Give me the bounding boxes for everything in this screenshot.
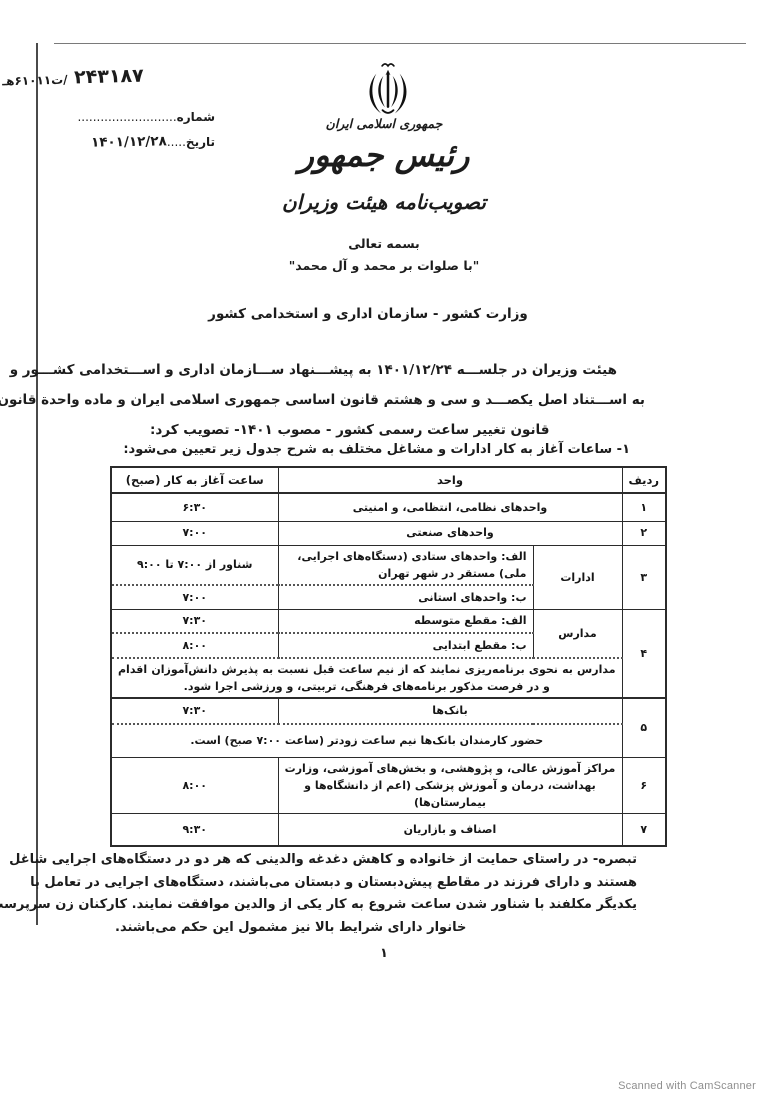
col-header-unit: واحد <box>278 467 622 493</box>
table-row: ۵ بانک‌ها ۷:۳۰ <box>111 698 666 724</box>
table-row: ۱ واحدهای نظامی، انتظامی، و امنیتی ۶:۳۰ <box>111 493 666 521</box>
time-cell: ۷:۰۰ <box>111 585 278 610</box>
banks-note-cell: حضور کارمندان بانک‌ها نیم ساعت زودتر (سا… <box>111 724 622 758</box>
time-cell: ۸:۰۰ <box>111 633 278 658</box>
table-note-row: حضور کارمندان بانک‌ها نیم ساعت زودتر (سا… <box>111 724 666 758</box>
col-header-start-time: ساعت آغاز به کار (صبح) <box>111 467 278 493</box>
time-cell: ۷:۳۰ <box>111 698 278 724</box>
row-number: ۵ <box>622 698 666 758</box>
time-cell: ۸:۰۰ <box>111 758 278 814</box>
row-number: ۶ <box>622 758 666 814</box>
schools-note-cell: مدارس به نحوی برنامه‌ریزی نمایند که از ن… <box>111 658 622 698</box>
row-number: ۴ <box>622 610 666 698</box>
intro-line-1: هیئت وزیران در جلســـه ۱۴۰۱/۱۲/۲۴ به پیش… <box>150 358 645 388</box>
scan-left-edge-line <box>36 43 38 925</box>
table-row: ۳ ادارات الف: واحدهای ستادی (دستگاه‌های … <box>111 545 666 585</box>
table-row: ۲ واحدهای صنعتی ۷:۰۰ <box>111 521 666 545</box>
note-paragraph: تبصره- در راستای حمایت از خانواده و کاهش… <box>115 850 637 940</box>
document-type-title: تصویب‌نامه هیئت وزیران <box>0 190 768 214</box>
note-line-3: یکدیگر مکلفند با شناور شدن ساعت شروع به … <box>115 895 637 918</box>
scanned-decree-page: ۲۴۳۱۸۷ /ت۶۱۰۱۱هـ شماره..................… <box>0 0 768 1101</box>
time-cell: ۷:۳۰ <box>111 610 278 633</box>
intro-paragraph: هیئت وزیران در جلســـه ۱۴۰۱/۱۲/۲۴ به پیش… <box>150 358 645 448</box>
sub-unit-cell: ب: مقطع ابتدایی <box>278 633 533 658</box>
clause-1-line: ۱- ساعات آغاز به کار ادارات و مشاغل مختل… <box>150 442 630 457</box>
table-note-row: مدارس به نحوی برنامه‌ریزی نمایند که از ن… <box>111 658 666 698</box>
note-line-1: تبصره- در راستای حمایت از خانواده و کاهش… <box>115 850 637 873</box>
note-line-2: هستند و دارای فرزند در مقاطع پیش‌دبستان … <box>115 873 637 896</box>
time-cell: ۶:۳۰ <box>111 493 278 521</box>
row-number: ۱ <box>622 493 666 521</box>
addressee-line: وزارت کشور - سازمان اداری و استخدامی کشو… <box>184 306 552 322</box>
unit-cell: مراکز آموزش عالی، و پژوهشی، و بخش‌های آم… <box>278 758 622 814</box>
intro-line-2: به اســـتناد اصل یکصـــد و سی و هشتم قان… <box>150 388 645 418</box>
group-cell-schools: مدارس <box>533 610 622 658</box>
time-cell: ۹:۳۰ <box>111 814 278 846</box>
note-line-4: خانوار دارای شرایط بالا نیز مشمول این حک… <box>115 918 637 941</box>
unit-cell: واحدهای نظامی، انتظامی، و امنیتی <box>278 493 622 521</box>
row-number: ۷ <box>622 814 666 846</box>
republic-title: جمهوری اسلامی ایران <box>0 116 768 131</box>
president-title: رئیس جمهور <box>0 136 768 174</box>
sub-unit-cell: ب: واحدهای استانی <box>278 585 533 610</box>
work-hours-table: ردیف واحد ساعت آغاز به کار (صبح) ۱ واحده… <box>110 466 667 847</box>
camscanner-watermark: Scanned with CamScanner <box>618 1080 756 1092</box>
iran-coat-of-arms-icon <box>364 62 412 118</box>
time-cell: شناور از ۷:۰۰ تا ۹:۰۰ <box>111 545 278 585</box>
time-cell: ۷:۰۰ <box>111 521 278 545</box>
table-row: ۴ مدارس الف: مقطع متوسطه ۷:۳۰ <box>111 610 666 633</box>
table-row: ۷ اصناف و بازاریان ۹:۳۰ <box>111 814 666 846</box>
col-header-row-number: ردیف <box>622 467 666 493</box>
table-row: ۶ مراکز آموزش عالی، و پژوهشی، و بخش‌های … <box>111 758 666 814</box>
sub-unit-cell: الف: مقطع متوسطه <box>278 610 533 633</box>
sub-unit-cell: الف: واحدهای ستادی (دستگاه‌های اجرایی، م… <box>278 545 533 585</box>
row-number: ۲ <box>622 521 666 545</box>
ref-number-suffix: /ت۶۱۰۱۱هـ <box>2 73 68 89</box>
row-number: ۳ <box>622 545 666 610</box>
unit-cell: واحدهای صنعتی <box>278 521 622 545</box>
page-number: ۱ <box>0 946 768 961</box>
ref-number: ۲۴۳۱۸۷ <box>74 65 144 89</box>
unit-cell: بانک‌ها <box>278 698 622 724</box>
unit-cell: اصناف و بازاریان <box>278 814 622 846</box>
salawat-line: "با صلوات بر محمد و آل محمد" <box>0 258 768 273</box>
handwritten-ref-number: ۲۴۳۱۸۷ /ت۶۱۰۱۱هـ <box>2 64 183 91</box>
group-cell-offices: ادارات <box>533 545 622 610</box>
scan-top-edge-line <box>54 43 746 44</box>
table-header-row: ردیف واحد ساعت آغاز به کار (صبح) <box>111 467 666 493</box>
basmala-line: بسمه تعالی <box>0 236 768 251</box>
